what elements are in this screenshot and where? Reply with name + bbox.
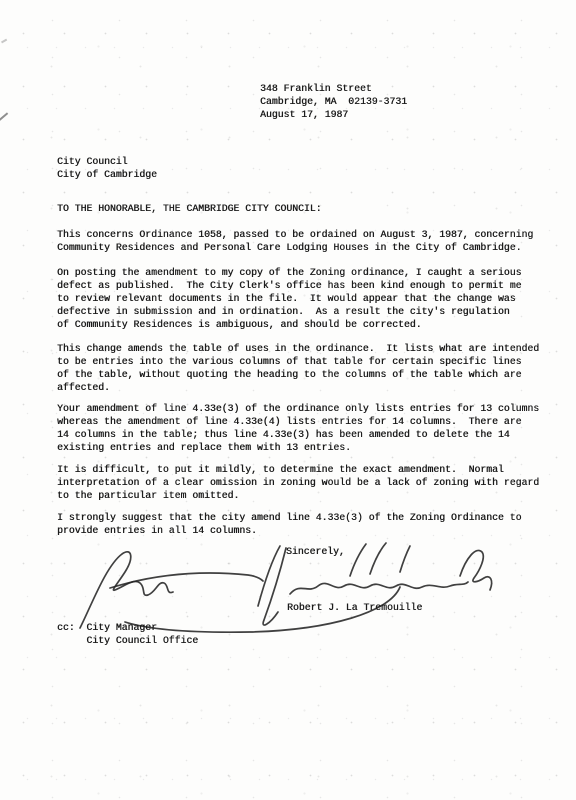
recipient-org: City of Cambridge	[57, 168, 157, 181]
paragraph-line: whereas the amendment of line 4.33e(4) l…	[57, 415, 539, 428]
paragraph-line: provide entries in all 14 columns.	[57, 524, 521, 537]
paragraph-5: It is difficult, to put it mildly, to de…	[57, 463, 539, 502]
sender-city: Cambridge, MA 02139-3731	[260, 95, 407, 108]
paragraph-line: to review relevant documents in the file…	[57, 292, 521, 305]
paragraph-line: Community Residences and Personal Care L…	[57, 241, 533, 254]
sender-address-block: 348 Franklin Street Cambridge, MA 02139-…	[260, 82, 407, 121]
letter-date: August 17, 1987	[260, 108, 407, 121]
paragraph-line: This concerns Ordinance 1058, passed to …	[57, 228, 533, 241]
recipient-name: City Council	[57, 155, 157, 168]
sender-street: 348 Franklin Street	[260, 82, 407, 95]
paragraph-line: defect as published. The City Clerk's of…	[57, 279, 521, 292]
paragraph-line: Your amendment of line 4.33e(3) of the o…	[57, 402, 539, 415]
paragraph-2: On posting the amendment to my copy of t…	[57, 266, 521, 331]
paragraph-line: to the particular item omitted.	[57, 489, 539, 502]
paragraph-6: I strongly suggest that the city amend l…	[57, 511, 521, 537]
paragraph-line: 14 columns in the table; thus line 4.33e…	[57, 428, 539, 441]
paragraph-line: It is difficult, to put it mildly, to de…	[57, 463, 539, 476]
paragraph-line: existing entries and replace them with 1…	[57, 441, 539, 454]
cc-line-city-manager: cc: City Manager	[57, 621, 198, 634]
paragraph-line: On posting the amendment to my copy of t…	[57, 266, 521, 279]
cc-line-city-council-office: City Council Office	[57, 634, 198, 647]
paragraph-4: Your amendment of line 4.33e(3) of the o…	[57, 402, 539, 454]
paragraph-line: of Community Residences is ambiguous, an…	[57, 318, 521, 331]
letter-page: 348 Franklin Street Cambridge, MA 02139-…	[0, 0, 576, 800]
signer-typed-name: Robert J. La Tremouille	[287, 601, 422, 614]
valediction: Sincerely,	[286, 545, 345, 558]
paragraph-line: of the table, without quoting the headin…	[57, 368, 539, 381]
salutation-line: TO THE HONORABLE, THE CAMBRIDGE CITY COU…	[57, 202, 322, 215]
paragraph-line: This change amends the table of uses in …	[57, 342, 539, 355]
paragraph-1: This concerns Ordinance 1058, passed to …	[57, 228, 533, 254]
paragraph-line: defective in submission and in ordinatio…	[57, 305, 521, 318]
cc-block: cc: City Manager City Council Office	[57, 621, 198, 647]
paragraph-line: affected.	[57, 381, 539, 394]
paragraph-3: This change amends the table of uses in …	[57, 342, 539, 394]
recipient-block: City Council City of Cambridge	[57, 155, 157, 181]
paragraph-line: interpretation of a clear omission in zo…	[57, 476, 539, 489]
paragraph-line: I strongly suggest that the city amend l…	[57, 511, 521, 524]
scan-edge-artifact	[1, 39, 7, 43]
paragraph-line: to be entries into the various columns o…	[57, 355, 539, 368]
scan-edge-artifact	[0, 112, 8, 121]
